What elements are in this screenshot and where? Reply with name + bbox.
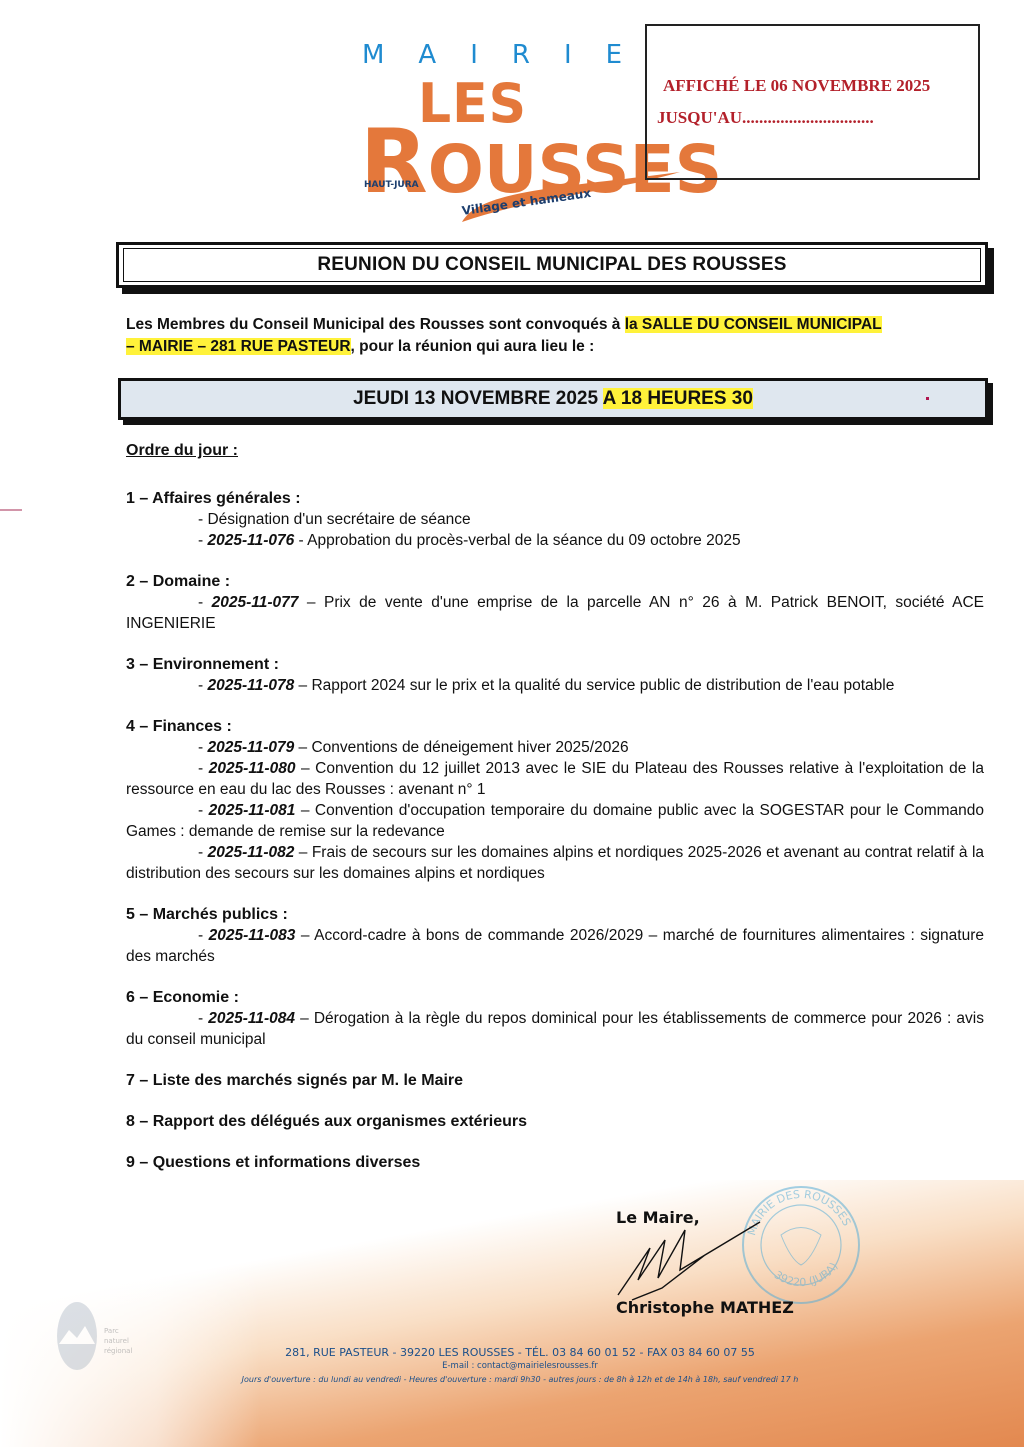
seal-bottom-text: 39220 (JURA) [772, 1260, 841, 1289]
deliberation-number: 2025-11-076 [207, 532, 294, 549]
agenda-item-text: – Conventions de déneigement hiver 2025/… [294, 739, 628, 756]
svg-text:39220 (JURA): 39220 (JURA) [772, 1260, 841, 1289]
deliberation-number: 2025-11-081 [209, 802, 296, 819]
convocation-location-1: la SALLE DU CONSEIL MUNICIPAL [625, 316, 882, 333]
agenda-section-title: 3 – Environnement : [126, 654, 984, 675]
agenda-section-title: 7 – Liste des marchés signés par M. le M… [126, 1070, 984, 1091]
meeting-date: JEUDI 13 NOVEMBRE 2025 A 18 HEURES 30 [353, 388, 753, 410]
posting-stamp: AFFICHÉ LE 06 NOVEMBRE 2025 JUSQU'AU....… [645, 24, 980, 180]
agenda-item-bullet: - [198, 594, 212, 611]
agenda-item-bullet: - [198, 844, 208, 861]
agenda-item-bullet: - [198, 1010, 208, 1027]
convocation-intro: Les Membres du Conseil Municipal des Rou… [126, 316, 625, 333]
page-title: REUNION DU CONSEIL MUNICIPAL DES ROUSSES [317, 254, 786, 276]
agenda-section: 6 – Economie :- 2025-11-084 – Dérogation… [126, 987, 984, 1050]
parc-naturel-logo-icon [55, 1300, 99, 1372]
agenda-item: - 2025-11-078 – Rapport 2024 sur le prix… [126, 675, 984, 696]
agenda-item-text: - Approbation du procès-verbal de la séa… [294, 532, 740, 549]
agenda-heading: Ordre du jour : [126, 440, 984, 461]
convocation-paragraph: Les Membres du Conseil Municipal des Rou… [126, 314, 986, 358]
agenda-item: - Désignation d'un secrétaire de séance [126, 509, 984, 530]
agenda-section-title: 9 – Questions et informations diverses [126, 1152, 984, 1173]
deliberation-number: 2025-11-083 [209, 927, 296, 944]
parc-naturel-label: Parc naturel régional [104, 1326, 132, 1356]
meeting-date-day: JEUDI 13 NOVEMBRE 2025 [353, 388, 603, 409]
footer-address: 281, RUE PASTEUR - 39220 LES ROUSSES - T… [180, 1345, 860, 1360]
logo-mairie-text: MAIRIE [362, 40, 656, 70]
agenda: Ordre du jour : 1 – Affaires générales :… [126, 440, 984, 1193]
agenda-section: 5 – Marchés publics :- 2025-11-083 – Acc… [126, 904, 984, 967]
agenda-item-bullet: - [198, 802, 209, 819]
agenda-item: - 2025-11-076 - Approbation du procès-ve… [126, 530, 984, 551]
footer-hours: Jours d'ouverture : du lundi au vendredi… [180, 1373, 860, 1386]
footer-email[interactable]: E-mail : contact@mairielesrousses.fr [180, 1360, 860, 1373]
ink-dot [926, 397, 929, 400]
agenda-section: 1 – Affaires générales :- Désignation d'… [126, 488, 984, 551]
agenda-item: - 2025-11-082 – Frais de secours sur les… [126, 842, 984, 884]
agenda-plain-sections: 7 – Liste des marchés signés par M. le M… [126, 1070, 984, 1173]
agenda-item: - 2025-11-080 – Convention du 12 juillet… [126, 758, 984, 800]
logo-rousses-initial: R [360, 110, 428, 213]
agenda-section-title: 5 – Marchés publics : [126, 904, 984, 925]
agenda-item: - 2025-11-079 – Conventions de déneigeme… [126, 737, 984, 758]
agenda-item-bullet: - [198, 760, 209, 777]
footer-gradient [0, 1180, 1024, 1447]
stamp-posted-date: AFFICHÉ LE 06 NOVEMBRE 2025 [663, 76, 930, 96]
agenda-sections: 1 – Affaires générales :- Désignation d'… [126, 488, 984, 1050]
agenda-section-title: 4 – Finances : [126, 716, 984, 737]
mayor-name: Christophe MATHEZ [616, 1298, 794, 1317]
agenda-item-bullet: - [198, 927, 209, 944]
signature-scrawl-icon [610, 1210, 780, 1305]
agenda-section: 2 – Domaine :- 2025-11-077 – Prix de ven… [126, 571, 984, 634]
meeting-date-box: JEUDI 13 NOVEMBRE 2025 A 18 HEURES 30 [118, 378, 988, 420]
logo-region: HAUT-JURA [364, 180, 419, 190]
agenda-section-title: 2 – Domaine : [126, 571, 984, 592]
agenda-section-title: 6 – Economie : [126, 987, 984, 1008]
deliberation-number: 2025-11-082 [208, 844, 295, 861]
agenda-item-text: Désignation d'un secrétaire de séance [207, 511, 470, 528]
deliberation-number: 2025-11-077 [212, 594, 299, 611]
deliberation-number: 2025-11-078 [207, 677, 294, 694]
title-box: REUNION DU CONSEIL MUNICIPAL DES ROUSSES [116, 242, 988, 288]
agenda-item: - 2025-11-077 – Prix de vente d'une empr… [126, 592, 984, 634]
agenda-section-title: 1 – Affaires générales : [126, 488, 984, 509]
meeting-time: A 18 HEURES 30 [603, 388, 753, 409]
convocation-outro: , pour la réunion qui aura lieu le : [351, 338, 595, 355]
agenda-item-text: – Rapport 2024 sur le prix et la qualité… [294, 677, 894, 694]
agenda-item: - 2025-11-083 – Accord-cadre à bons de c… [126, 925, 984, 967]
stamp-until-date: JUSQU'AU............................... [657, 108, 874, 128]
agenda-section-title: 8 – Rapport des délégués aux organismes … [126, 1111, 984, 1132]
margin-mark [0, 509, 22, 511]
deliberation-number: 2025-11-080 [209, 760, 296, 777]
deliberation-number: 2025-11-084 [208, 1010, 295, 1027]
agenda-section: 4 – Finances :- 2025-11-079 – Convention… [126, 716, 984, 884]
agenda-section: 3 – Environnement :- 2025-11-078 – Rappo… [126, 654, 984, 696]
deliberation-number: 2025-11-079 [207, 739, 294, 756]
agenda-item: - 2025-11-081 – Convention d'occupation … [126, 800, 984, 842]
agenda-item: - 2025-11-084 – Dérogation à la règle du… [126, 1008, 984, 1050]
footer-contact: 281, RUE PASTEUR - 39220 LES ROUSSES - T… [180, 1345, 860, 1386]
convocation-location-2: – MAIRIE – 281 RUE PASTEUR [126, 338, 351, 355]
